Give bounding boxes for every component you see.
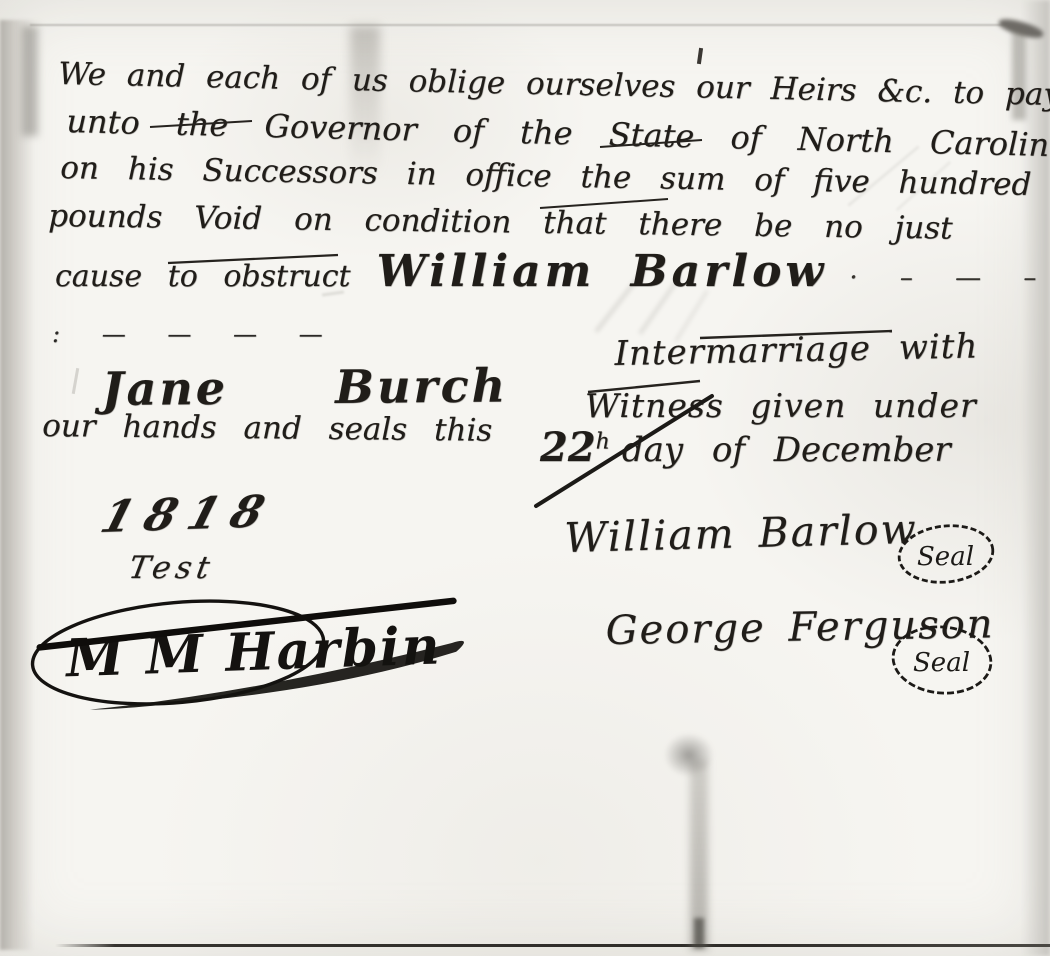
crossed-out-signature: M M Harbin [28,585,466,715]
seal-george-ferguson: Seal [890,623,993,697]
seal-label: Seal [917,542,974,572]
pen-flourish-stroke [536,396,712,506]
pen-stroke [150,121,252,127]
pen-stroke [600,140,702,147]
document-page: We and each of us oblige ourselves our H… [0,0,1050,956]
pen-stroke [540,199,668,208]
pen-stroke [588,381,700,392]
ink-overlay: M M Harbin Seal Seal [0,0,1050,956]
pen-stroke [168,255,338,263]
seal-label: Seal [913,648,970,678]
seal-william-barlow: Seal [896,521,995,587]
pen-stroke [700,331,892,338]
